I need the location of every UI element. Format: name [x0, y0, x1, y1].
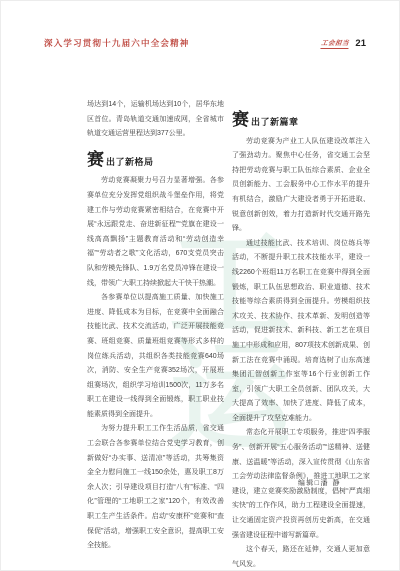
left-paragraph-3: 为努力提升职工工作生活品质，省交通工会联合各参赛单位结合党史学习教育，创新做好“… [87, 422, 224, 553]
intro-tail-paragraph: 场达到14个，运输机场达到10个，居华东地区首位。青岛轨道交通加速成网，全省城市… [87, 98, 224, 142]
section-1-drop-char: 赛 [87, 151, 104, 169]
editor-credit: 编辑□潘 静 [298, 478, 341, 488]
section-1-title: 出了新格局 [106, 155, 154, 170]
section-heading-2: 赛 出了新篇章 [232, 111, 370, 130]
page-header: 深入学习贯彻十九届六中全会精神 工会担当 21 [44, 37, 366, 49]
left-paragraph-2: 各参赛单位以提高施工质量、加快施工进度、降低成本为目标，在竞赛中全面融合技能比武… [87, 291, 224, 422]
column-logo: 工会担当 [321, 38, 350, 49]
section-heading-1: 赛 出了新格局 [87, 151, 224, 170]
right-paragraph-4: 这个春天，路还在延伸，交通人更加意气风发。 [232, 543, 370, 571]
left-column: 场达到14个，运输机场达到10个，居华东地区首位。青岛轨道交通加速成网，全省城市… [87, 98, 224, 554]
header-slogan: 深入学习贯彻十九届六中全会精神 [44, 37, 190, 49]
magazine-page: 深入学习贯彻十九届六中全会精神 工会担当 21 工运 场达到14个，运输机场达到… [0, 0, 400, 571]
section-2-drop-char: 赛 [232, 111, 249, 129]
right-paragraph-2: 通过技能比武、技术培训、岗位练兵等活动，不断提升职工技术技能水平，建设一线226… [232, 237, 370, 427]
section-2-title: 出了新篇章 [251, 115, 299, 130]
left-paragraph-1: 劳动竞赛凝聚力号召力显著增强。各参赛单位充分发挥党组织战斗堡垒作用，将党建工作与… [87, 174, 224, 291]
right-paragraph-1: 劳动竞赛为产业工人队伍建设改革注入了强劲动力。聚焦中心任务，省交通工会坚持把劳动… [232, 135, 370, 237]
header-brand: 工会担当 21 [321, 38, 366, 49]
right-column: 赛 出了新篇章 劳动竞赛为产业工人队伍建设改革注入了强劲动力。聚焦中心任务，省交… [232, 111, 370, 571]
page-number: 21 [355, 38, 366, 49]
